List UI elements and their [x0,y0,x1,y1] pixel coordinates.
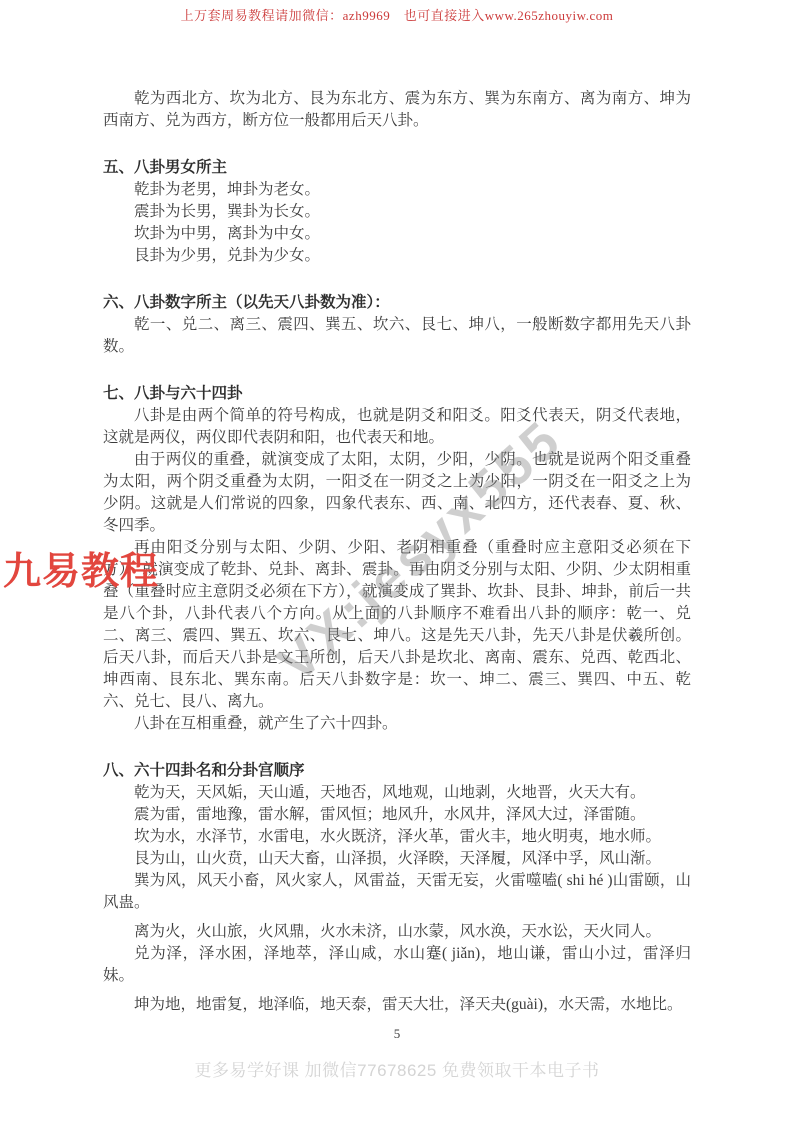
body-paragraph: 艮为山，山火贲，山天大畜，山泽损，火泽睽，天泽履，风泽中孚，风山渐。 [103,848,691,870]
intro-paragraph: 乾为西北方、坎为北方、艮为东北方、震为东方、巽为东南方、离为南方、坤为西南方、兑… [103,88,691,132]
body-paragraph: 艮卦为少男，兑卦为少女。 [103,245,691,267]
section-6-heading: 六、八卦数字所主（以先天八卦数为准）： [103,292,691,314]
body-paragraph: 坎为水，水泽节，水雷电，水火既济，泽火革，雷火丰，地火明夷，地水师。 [103,826,691,848]
body-paragraph: 再由阳爻分别与太阳、少阴、少阳、老阴相重叠（重叠时应主意阳爻必须在下方），就演变… [103,537,691,713]
section-7-heading: 七、八卦与六十四卦 [103,383,691,405]
body-paragraph: 震为雷，雷地豫，雷水解，雷风恒；地风升，水风井，泽风大过，泽雷随。 [103,804,691,826]
body-paragraph: 八卦是由两个简单的符号构成，也就是阴爻和阳爻。阳爻代表天，阴爻代表地，这就是两仪… [103,405,691,449]
body-paragraph: 坤为地，地雷复，地泽临，地天泰，雷天大壮，泽天夬(guài)，水天需，水地比。 [103,994,691,1016]
body-paragraph: 坎卦为中男，离卦为中女。 [103,223,691,245]
document-page: 上万套周易教程请加微信：azh9969 也可直接进入www.265zhouyiw… [0,0,794,1123]
document-content: 乾为西北方、坎为北方、艮为东北方、震为东方、巽为东南方、离为南方、坤为西南方、兑… [103,88,691,1016]
red-brand-watermark: 九易教程 [3,540,159,595]
body-paragraph: 乾卦为老男，坤卦为老女。 [103,179,691,201]
body-paragraph: 八卦在互相重叠，就产生了六十四卦。 [103,713,691,735]
page-number: 5 [0,1026,794,1042]
footer-promo-text: 更多易学好课 加微信77678625 免费领取干本电子书 [0,1056,794,1081]
header-promo-text: 上万套周易教程请加微信：azh9969 也可直接进入www.265zhouyiw… [0,5,794,24]
section-8-heading: 八、六十四卦名和分卦宫顺序 [103,760,691,782]
body-paragraph: 由于两仪的重叠，就演变成了太阳，太阴，少阳，少阴。也就是说两个阳爻重叠为太阳，两… [103,449,691,537]
section-5-heading: 五、八卦男女所主 [103,157,691,179]
body-paragraph: 离为火，火山旅，火风鼎，火水未济，山水蒙，风水涣，天水讼，天火同人。 [103,921,691,943]
body-paragraph: 巽为风，风天小畜，风火家人，风雷益，天雷无妄，火雷噬嗑( shi hé )山雷颐… [103,870,691,914]
body-paragraph: 兑为泽，泽水困，泽地萃，泽山咸，水山蹇( jiǎn)，地山谦，雷山小过，雷泽归妹… [103,943,691,987]
body-paragraph: 乾一、兑二、离三、震四、巽五、坎六、艮七、坤八，一般断数字都用先天八卦数。 [103,314,691,358]
body-paragraph: 乾为天，天风姤，天山遁，天地否，风地观，山地剥，火地晋，火天大有。 [103,782,691,804]
body-paragraph: 震卦为长男，巽卦为长女。 [103,201,691,223]
